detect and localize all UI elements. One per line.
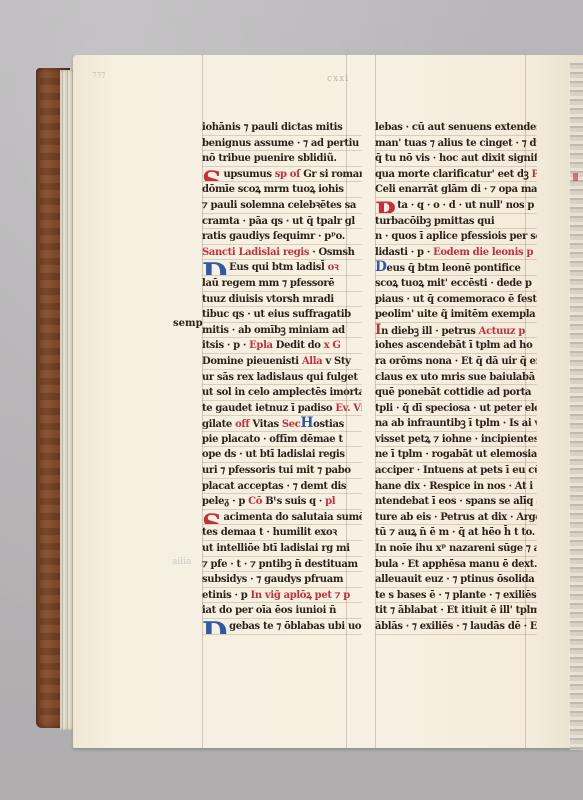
blue-initial: D — [202, 260, 227, 276]
script-text: peleᵹ · p — [202, 495, 248, 507]
text-line: visset petꝝ ⁊ iohne · incipientes it — [375, 432, 537, 448]
text-line: Dgebas te ⁊ ōblabas ubi uo — [202, 619, 362, 635]
script-text: nō tribue puenire sblidiũ. — [202, 152, 337, 164]
script-text: te gaudet ietnuz ī padiso — [202, 402, 335, 414]
text-line: na ab infrauntibꝫ ī tplm · Is ai vi — [375, 416, 537, 432]
script-text: n diebꝫ ill · petrus — [381, 325, 479, 337]
script-text: ut sol in celo amplectēs imortalita — [202, 386, 362, 398]
script-text: lebas · cū aut senuens extendes — [375, 121, 537, 133]
text-line: q̄ tu nō vis · hoc aut dixit signifi — [375, 151, 537, 167]
text-line: turbacōibꝫ pmittas qui — [375, 214, 537, 230]
text-line: gilate off Vitas SecHostias — [202, 416, 362, 432]
rubric-text: Alla — [302, 355, 322, 367]
script-text: alleuauit euz · ⁊ ptinus ōsolida — [375, 573, 534, 585]
text-line: n · quos ī aplice pfessiois per so — [375, 229, 537, 245]
script-text: ur sās rex ladislaus qui fulget — [202, 371, 358, 383]
text-line: qua morte clarificatur' eet dꝫ P — [375, 167, 537, 183]
script-text: In noīe ihu xᵖ nazareni sūge ⁊ a — [375, 542, 537, 554]
folio-number: cxxi — [327, 74, 349, 84]
text-line: In noīe ihu xᵖ nazareni sūge ⁊ a — [375, 541, 537, 557]
text-line: iohānis ⁊ pauli dictas mitis — [202, 120, 362, 136]
script-text: hane dix · Respice in nos · At i — [375, 480, 533, 492]
left-text-column: iohānis ⁊ pauli dictas mitisbenignus ass… — [202, 120, 365, 635]
script-text: gilate — [202, 418, 235, 430]
script-text: mitis · ab omībꝫ miniam ad — [202, 324, 345, 336]
text-line: ⁊ pfe · t · ⁊ pntibꝫ n̄ destituam — [202, 557, 362, 573]
rubric-text: Epla — [249, 339, 272, 351]
rubric-text: In vig̃ aplōꝝ pet ⁊ p — [251, 589, 350, 601]
text-line: Deus q̄ btm leonē pontifice — [375, 260, 537, 276]
text-line: DEus qui btm ladisl̄ oꝛ — [202, 260, 362, 276]
script-text: tpli · q̄ dī speciosa · ut peter eleosi — [375, 402, 537, 414]
text-line: te gaudet ietnuz ī padiso Ev. Vi — [202, 401, 362, 417]
text-line: tuuz diuisis vtorsh mradi — [202, 292, 362, 308]
rubric-text: sp oſ — [275, 168, 300, 180]
script-text: tū ⁊ auꝝ n̄ ē m · q̄ at hēo h̄ t to. — [375, 526, 535, 538]
script-text: na ab infrauntibꝫ ī tplm · Is ai vi — [375, 417, 537, 429]
script-text: upsumus — [223, 168, 274, 180]
next-page-edge — [570, 60, 583, 750]
script-text: acimenta do salutaia sumē — [223, 511, 361, 523]
script-text: claus ex uto mris sue baiulabā — [375, 371, 535, 383]
text-line: iat do per oīa ēos iunioi n̄ — [202, 603, 362, 619]
red-initial: S — [202, 168, 221, 183]
corner-faint-mark: ⁊⁊⁊ — [92, 70, 105, 80]
script-text: Gr si roman- — [300, 168, 362, 180]
text-line: Sacimenta do salutaia sumē — [202, 510, 362, 526]
text-line: In diebꝫ ill · petrus Actuuz p — [375, 323, 537, 339]
text-line: acciper · Intuens at pets ī eu cū io — [375, 463, 537, 479]
script-text: iat do per oīa ēos iunioi n̄ — [202, 604, 336, 616]
script-text: tibuc qs · ut eius suffragatib — [202, 308, 351, 320]
blue-initial: H — [301, 416, 314, 431]
script-text: v Sty — [322, 355, 350, 367]
script-text: peolim' uite q̃ imitēm exempla — [375, 308, 535, 320]
script-text: gebas te ⁊ ōblabas ubi uo — [229, 620, 361, 632]
blue-initial: D — [375, 260, 387, 275]
script-text: ta · q · o · d · ut null' nos p — [397, 199, 534, 211]
script-text: qua morte clarificatur' eet dꝫ — [375, 168, 532, 180]
text-line: etinis · p In vig̃ aplōꝝ pet ⁊ p — [202, 588, 362, 604]
text-line: ⁊ pauli solemna celebꝛētes sa — [202, 198, 362, 214]
text-line: Pta · q · o · d · ut null' nos p — [375, 198, 537, 214]
text-line: scoꝝ tuoꝝ mit' eccēsti · dede p — [375, 276, 537, 292]
script-text: itsis · p · — [202, 339, 249, 351]
red-initial: P — [375, 199, 395, 214]
script-text: dōmīe scoꝝ mrm tuoꝝ iohis — [202, 183, 344, 195]
rubric-text: oꝛ — [328, 261, 339, 273]
blue-initial: D — [202, 619, 227, 635]
script-text: ope ds · ut btī ladislai regis — [202, 448, 345, 460]
script-text: ut intelliōe btī ladislai rg mi — [202, 542, 350, 554]
script-text: tuuz diuisis vtorsh mradi — [202, 293, 334, 305]
text-line: ut sol in celo amplectēs imortalita — [202, 385, 362, 401]
text-line: dōmīe scoꝝ mrm tuoꝝ iohis — [202, 182, 362, 198]
script-text: etinis · p — [202, 589, 251, 601]
script-text: tit ⁊ āblabat · Et itiuit ē ill' tplm — [375, 604, 537, 616]
text-line: ntendebat ī eos · spans se alīq accip — [375, 494, 537, 510]
text-line: iohes ascendebāt ī tplm ad ho — [375, 338, 537, 354]
next-page-rubric-fragment — [573, 173, 578, 181]
text-line: ut intelliōe btī ladislai rg mi — [202, 541, 362, 557]
text-line: peolim' uite q̃ imitēm exempla — [375, 307, 537, 323]
text-line: tibuc qs · ut eius suffragatib — [202, 307, 362, 323]
text-line: pie placato · offīm dēmae t — [202, 432, 362, 448]
text-line: quē ponebāt cottidie ad porta — [375, 385, 537, 401]
script-text: ⁊ pauli solemna celebꝛētes sa — [202, 199, 356, 211]
script-text: n · quos ī aplice pfessiois per so — [375, 230, 537, 242]
text-line: piaus · ut q̄ comemoraco ē festa — [375, 292, 537, 308]
script-text: visset petꝝ ⁊ iohne · incipientes it — [375, 433, 537, 445]
rubric-text: Cō — [248, 495, 262, 507]
rubric-text: off — [235, 418, 249, 430]
text-line: lidasti · p · Eodem die leonis p — [375, 245, 537, 261]
script-text: uri ⁊ pfessoris tui mit ⁊ pabo — [202, 464, 351, 476]
text-line: tpli · q̄ dī speciosa · ut peter eleosi — [375, 401, 537, 417]
margin-note: semp — [173, 318, 203, 329]
text-line: peleᵹ · p Cō Bᵗs suis q · pl — [202, 494, 362, 510]
script-text: ⁊ pfe · t · ⁊ pntibꝫ n̄ destituam — [202, 558, 358, 570]
text-line: itsis · p · Epla Dedit do x G — [202, 338, 362, 354]
script-text: iohes ascendebāt ī tplm ad ho — [375, 339, 532, 351]
text-line: Supsumus sp oſ Gr si roman- — [202, 167, 362, 183]
text-line: laū regem mm ⁊ pfessorē — [202, 276, 362, 292]
rubric-text: Ev. Vi — [335, 402, 361, 414]
rubric-text: Sancti Ladislai regis — [202, 246, 309, 258]
text-line: Celi enarrāt glām di · ⁊ opa ma oꝛ — [375, 182, 537, 198]
text-line: ra orōms nona · Et q̄ dā uir q̄ era — [375, 354, 537, 370]
script-text: turbacōibꝫ pmittas qui — [375, 215, 494, 227]
script-text: te s bases ē · ⁊ plante · ⁊ exiliēs ste — [375, 589, 537, 601]
script-text: āblās · ⁊ exiliēs · ⁊ laudās dē · Et — [375, 620, 537, 632]
red-initial: S — [202, 511, 221, 526]
text-line: nō tribue puenire sblidiũ. — [202, 151, 362, 167]
script-text: Domine pieuenisti — [202, 355, 302, 367]
script-text: lidasti · p · — [375, 246, 433, 258]
script-text: ntendebat ī eos · spans se alīq accip — [375, 495, 537, 507]
text-line: uri ⁊ pfessoris tui mit ⁊ pabo — [202, 463, 362, 479]
script-text: tes demaa t · humilit exoꝛ — [202, 526, 337, 538]
text-line: ne ī tplm · rogabāt ut elemosiaz — [375, 447, 537, 463]
script-text: · Osmsh — [309, 246, 354, 258]
script-text: acciper · Intuens at pets ī eu cū io — [375, 464, 537, 476]
text-line: alleuauit euz · ⁊ ptinus ōsolida — [375, 572, 537, 588]
script-text: ture ab eis · Petrus at dix · Arge — [375, 511, 537, 523]
text-line: mitis · ab omībꝫ miniam ad — [202, 323, 362, 339]
right-text-column: lebas · cū aut senuens extendesman' tuas… — [375, 120, 540, 635]
rubric-text: Actuuz p — [479, 325, 525, 337]
text-line: Domine pieuenisti Alla v Sty — [202, 354, 362, 370]
rubric-text: Sec — [282, 418, 301, 430]
script-text: quē ponebāt cottidie ad porta — [375, 386, 531, 398]
script-text: scoꝝ tuoꝝ mit' eccēsti · dede p — [375, 277, 532, 289]
rubric-text: pl — [325, 495, 335, 507]
script-text: Eus qui btm ladisl̄ — [229, 261, 328, 273]
text-line: ope ds · ut btī ladislai regis — [202, 447, 362, 463]
script-text: man' tuas ⁊ alius te cinget · ⁊ ducet — [375, 137, 537, 149]
script-text: ratis gaudiys ſequimr · pᵖo. — [202, 230, 345, 242]
text-line: ratis gaudiys ſequimr · pᵖo. — [202, 229, 362, 245]
script-text: placat acceptas · ⁊ demt dis — [202, 480, 346, 492]
text-line: tit ⁊ āblabat · Et itiuit ē ill' tplm — [375, 603, 537, 619]
text-line: man' tuas ⁊ alius te cinget · ⁊ ducet — [375, 136, 537, 152]
text-line: cramta · pāa qs · ut q̄ tpalr gl — [202, 214, 362, 230]
text-line: te s bases ē · ⁊ plante · ⁊ exiliēs ste — [375, 588, 537, 604]
script-text: ne ī tplm · rogabāt ut elemosiaz — [375, 448, 537, 460]
script-text: bula · Et apphēsa manu ē dext. — [375, 558, 537, 570]
rubric-text: P — [532, 168, 537, 180]
script-text: ra orōms nona · Et q̄ dā uir q̄ era — [375, 355, 537, 367]
text-line: āblās · ⁊ exiliēs · ⁊ laudās dē · Et — [375, 619, 537, 635]
script-text: laū regem mm ⁊ pfessorē — [202, 277, 334, 289]
text-line: Sancti Ladislai regis · Osmsh — [202, 245, 362, 261]
script-text: piaus · ut q̄ comemoraco ē festa — [375, 293, 537, 305]
text-line: claus ex uto mris sue baiulabā — [375, 370, 537, 386]
text-line: hane dix · Respice in nos · At i — [375, 479, 537, 495]
text-line: ur sās rex ladislaus qui fulget — [202, 370, 362, 386]
script-text: benignus assume · ⁊ ad pertiu — [202, 137, 359, 149]
margin-note-faint: ailia — [172, 557, 191, 567]
script-text: Celi enarrāt glām di · ⁊ opa ma — [375, 183, 537, 195]
text-line: placat acceptas · ⁊ demt dis — [202, 479, 362, 495]
script-text: Dedit do — [273, 339, 324, 351]
text-line: ture ab eis · Petrus at dix · Arge — [375, 510, 537, 526]
script-text: eus q̄ btm leonē pontifice — [387, 262, 521, 274]
script-text: cramta · pāa qs · ut q̄ tpalr gl — [202, 215, 355, 227]
script-text: pie placato · offīm dēmae t — [202, 433, 343, 445]
text-line: benignus assume · ⁊ ad pertiu — [202, 136, 362, 152]
script-text: ostias — [313, 418, 344, 430]
script-text: subsidys · ⁊ gaudys pfruam — [202, 573, 343, 585]
text-line: subsidys · ⁊ gaudys pfruam — [202, 572, 362, 588]
script-text: iohānis ⁊ pauli dictas mitis — [202, 121, 342, 133]
text-line: tū ⁊ auꝝ n̄ ē m · q̄ at hēo h̄ t to. — [375, 525, 537, 541]
text-line: bula · Et apphēsa manu ē dext. — [375, 557, 537, 573]
script-text: q̄ tu nō vis · hoc aut dixit signifi — [375, 152, 537, 164]
rubric-text: Eodem die leonis p — [433, 246, 533, 258]
script-text: Vitas — [249, 418, 282, 430]
rubric-text: x G — [324, 339, 341, 351]
text-line: lebas · cū aut senuens extendes — [375, 120, 537, 136]
text-line: tes demaa t · humilit exoꝛ — [202, 525, 362, 541]
script-text: Bᵗs suis q · — [262, 495, 325, 507]
